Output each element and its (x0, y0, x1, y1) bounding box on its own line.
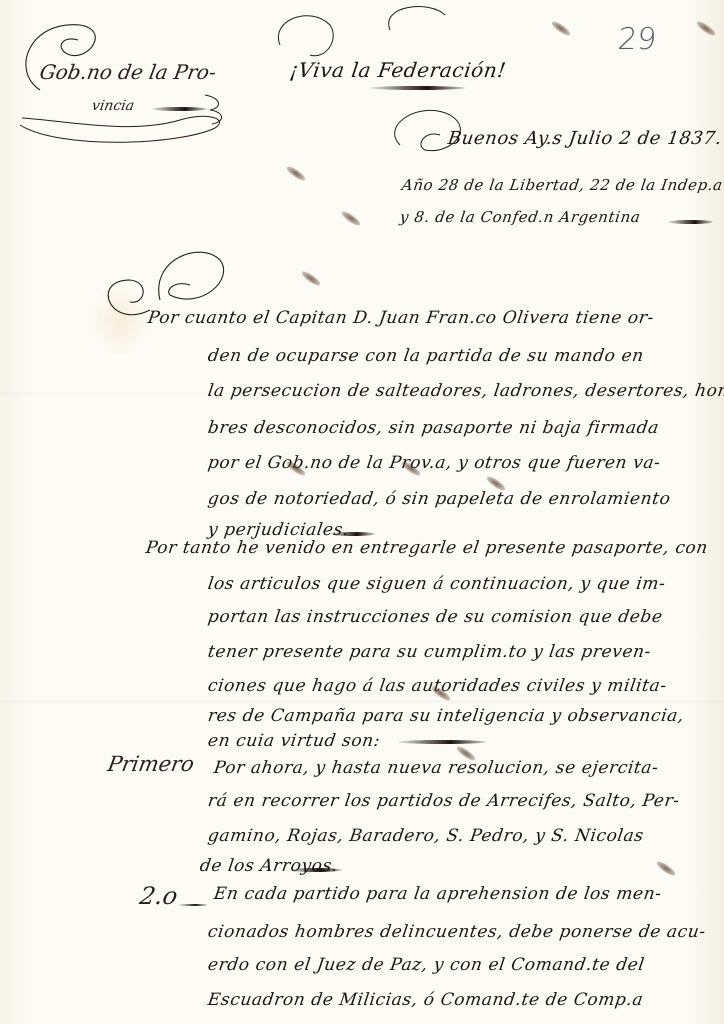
article-line: En cada partido para la aprehension de l… (213, 884, 663, 904)
article-line: gamino, Rojas, Baradero, S. Pedro, y S. … (207, 826, 645, 846)
body-line: y perjudiciales. (207, 520, 351, 540)
margin-heading-line2: vincia (91, 98, 136, 114)
article-line: rá en recorrer los partidos de Arrecifes… (207, 791, 681, 811)
ink-blot (300, 269, 322, 287)
ink-dash (398, 740, 486, 744)
ink-blot (655, 859, 677, 877)
ink-blot (550, 19, 572, 37)
body-line: den de ocuparse con la partida de su man… (207, 346, 646, 366)
body-line: Por cuanto el Capitan D. Juan Fran.co Ol… (147, 308, 656, 328)
paper-fold-line (0, 700, 724, 703)
article-label-segundo: 2.o (138, 882, 180, 910)
ink-dash (152, 107, 207, 111)
body-line: Por tanto he venido en entregarle el pre… (145, 538, 710, 558)
ink-blot (340, 209, 362, 227)
ink-blot (695, 19, 717, 37)
article-line: erdo con el Juez de Paz, y con el Comand… (207, 955, 646, 975)
folio-number: 29 (616, 22, 658, 57)
ink-blot (285, 164, 307, 182)
body-line: en cuia virtud son: (207, 731, 382, 751)
ink-dash (668, 220, 713, 224)
ink-dash (178, 904, 208, 906)
dateline-line1: Buenos Ay.s Julio 2 de 1837. (447, 128, 724, 149)
manuscript-page: 29 Gob.no de la Pro- vincia ¡Viva la Fed… (0, 0, 724, 1024)
margin-heading-line1: Gob.no de la Pro- (38, 60, 218, 84)
body-line: gos de notoriedad, ó sin papeleta de enr… (207, 489, 672, 509)
article-line: cionados hombres delincuentes, debe pone… (207, 922, 708, 942)
dateline-line2: Año 28 de la Libertad, 22 de la Indep.a (401, 176, 724, 194)
article-line: Escuadron de Milicias, ó Comand.te de Co… (207, 990, 645, 1010)
body-line: res de Campaña para su inteligencia y ob… (207, 706, 686, 726)
article-line: Por ahora, y hasta nueva resolucion, se … (213, 758, 660, 778)
ink-dash (370, 86, 465, 90)
dateline-line3: y 8. de la Confed.n Argentina (399, 208, 642, 226)
ink-dash (290, 868, 342, 872)
body-line: por el Gob.no de la Prov.a, y otros que … (207, 453, 662, 473)
body-line: portan las instrucciones de su comision … (207, 607, 664, 627)
article-line: de los Arroyos. (199, 856, 340, 876)
motto-text: ¡Viva la Federación! (288, 58, 507, 82)
body-line: bres desconocidos, sin pasaporte ni baja… (207, 418, 661, 438)
article-label-primero: Primero (106, 752, 196, 776)
body-line: la persecucion de salteadores, ladrones,… (207, 381, 724, 401)
ink-dash (330, 532, 375, 536)
body-line: los articulos que siguen á continuacion,… (207, 574, 667, 594)
body-line: tener presente para su cumplim.to y las … (207, 642, 653, 662)
